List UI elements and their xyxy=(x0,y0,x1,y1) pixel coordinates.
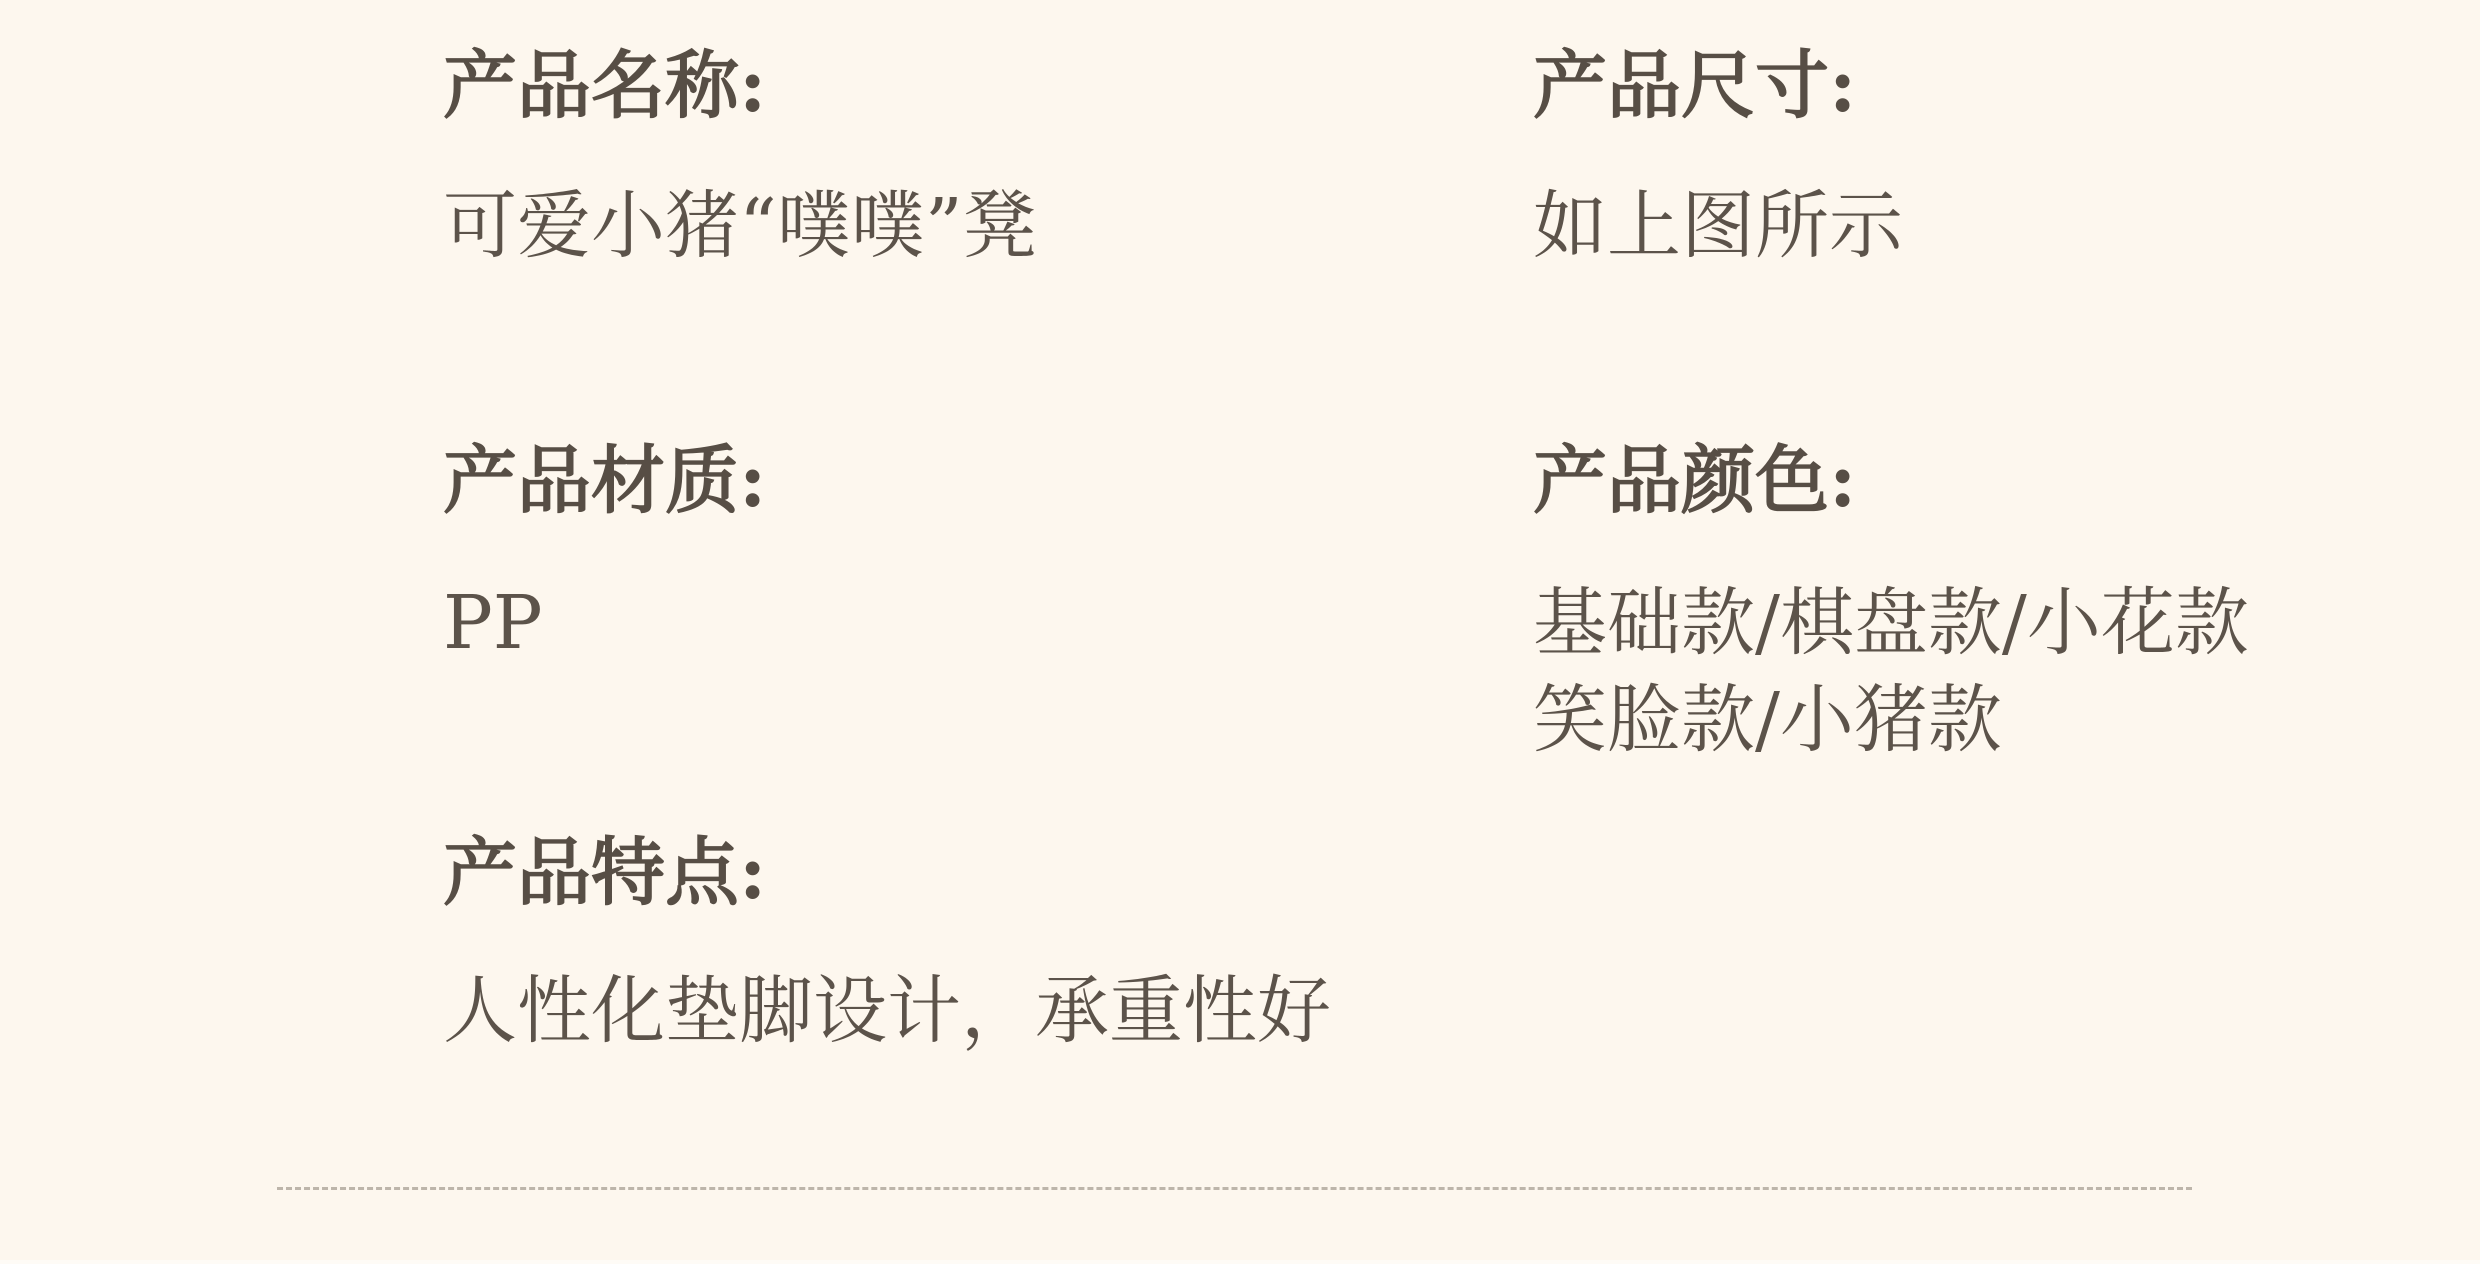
product-size-value: 如上图所示 xyxy=(1533,178,1903,275)
dashed-divider xyxy=(277,1187,2192,1190)
product-name-value: 可爱小猪“噗噗”凳 xyxy=(443,178,1037,275)
product-material-label: 产品材质: xyxy=(443,444,766,518)
product-color-label: 产品颜色: xyxy=(1533,444,1856,518)
product-features-label: 产品特点: xyxy=(443,836,766,910)
bottom-edge xyxy=(0,1260,2480,1264)
product-features-value: 人性化垫脚设计，承重性好 xyxy=(443,963,1331,1060)
product-color-value: 基础款/棋盘款/小花款 笑脸款/小猪款 xyxy=(1533,575,2249,769)
product-size-label: 产品尺寸: xyxy=(1533,49,1856,123)
product-color-line-2: 笑脸款/小猪款 xyxy=(1533,672,2249,769)
product-material-value: PP xyxy=(443,575,543,672)
product-name-label: 产品名称: xyxy=(443,49,766,123)
product-color-line-1: 基础款/棋盘款/小花款 xyxy=(1533,575,2249,672)
